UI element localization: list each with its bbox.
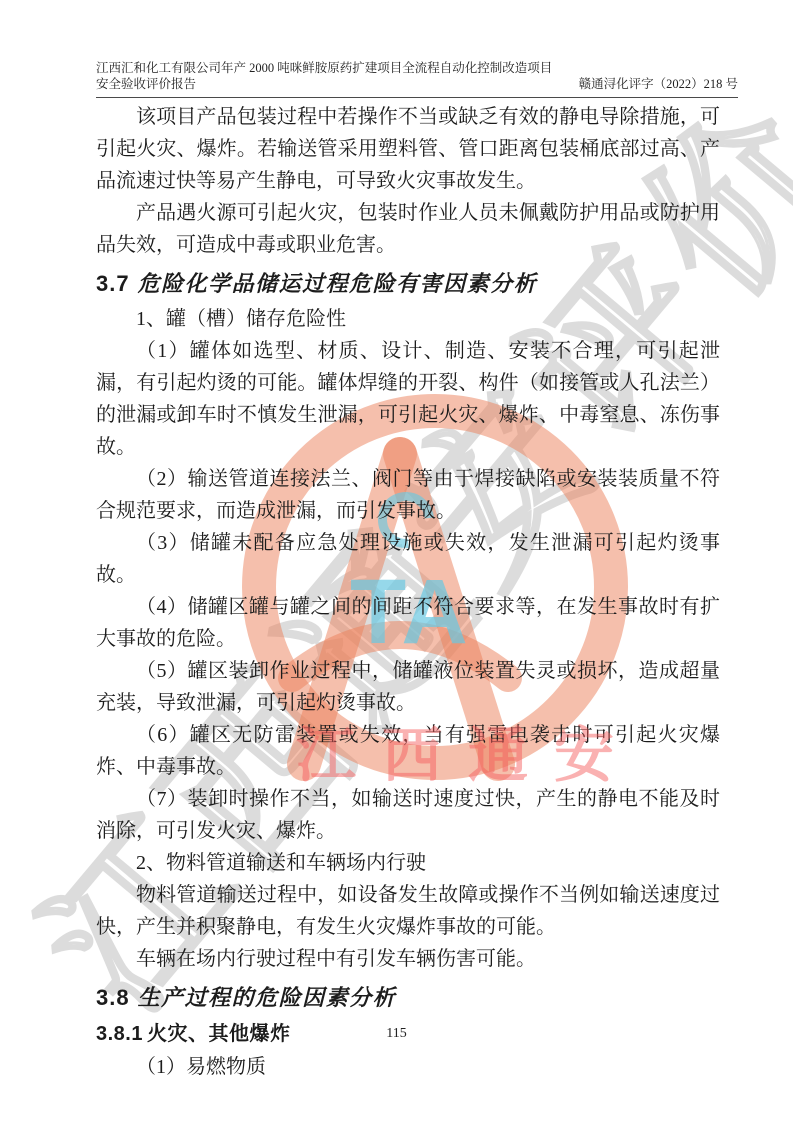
paragraph: （5）罐区装卸作业过程中，储罐液位装置失灵或损坏，造成超量充装，导致泄漏，可引起… bbox=[96, 655, 720, 719]
document-page: 江西通安评价 TA 江西汇和化工有限公司年产 2000 吨咪鲜胺原药扩建项目全流… bbox=[0, 0, 793, 1122]
paragraph: （6）罐区无防雷装置或失效，当有强雷电袭击时可引起火灾爆炸、中毒事故。 bbox=[96, 719, 720, 783]
header-report-title: 江西汇和化工有限公司年产 2000 吨咪鲜胺原药扩建项目全流程自动化控制改造项目… bbox=[96, 60, 565, 93]
paragraph: 1、罐（槽）储存危险性 bbox=[96, 303, 720, 335]
paragraph: （3）储罐未配备应急处理设施或失效，发生泄漏可引起灼烫事故。 bbox=[96, 527, 720, 591]
section-heading-3.8: 3.8生产过程的危险因素分析 bbox=[96, 983, 720, 1013]
paragraph: （7）装卸时操作不当，如输送时速度过快，产生的静电不能及时消除，可引发火灾、爆炸… bbox=[96, 783, 720, 847]
paragraph: 产品遇火源可引起火灾，包装时作业人员未佩戴防护用品或防护用品失效，可造成中毒或职… bbox=[96, 197, 720, 261]
paragraph: 该项目产品包装过程中若操作不当或缺乏有效的静电导除措施，可引起火灾、爆炸。若输送… bbox=[96, 101, 720, 197]
paragraph: 2、物料管道输送和车辆场内行驶 bbox=[96, 847, 720, 879]
heading-text: 危险化学品储运过程危险有害因素分析 bbox=[138, 271, 538, 296]
document-body: 该项目产品包装过程中若操作不当或缺乏有效的静电导除措施，可引起火灾、爆炸。若输送… bbox=[96, 101, 720, 1083]
page-header: 江西汇和化工有限公司年产 2000 吨咪鲜胺原药扩建项目全流程自动化控制改造项目… bbox=[96, 60, 738, 98]
paragraph: （4）储罐区罐与罐之间的间距不符合要求等，在发生事故时有扩大事故的危险。 bbox=[96, 591, 720, 655]
paragraph: （2）输送管道连接法兰、阀门等由于焊接缺陷或安装装质量不符合规范要求，而造成泄漏… bbox=[96, 463, 720, 527]
page-number: 115 bbox=[0, 1026, 793, 1042]
paragraph: 车辆在场内行驶过程中有引发车辆伤害可能。 bbox=[96, 943, 720, 975]
heading-text: 生产过程的危险因素分析 bbox=[138, 985, 397, 1010]
header-doc-number: 赣通浔化评字（2022）218 号 bbox=[579, 76, 738, 92]
paragraph: 物料管道输送过程中，如设备发生故障或操作不当例如输送速度过快，产生并积聚静电，有… bbox=[96, 879, 720, 943]
section-heading-3.7: 3.7危险化学品储运过程危险有害因素分析 bbox=[96, 269, 720, 299]
heading-number: 3.7 bbox=[96, 271, 130, 296]
heading-number: 3.8 bbox=[96, 985, 130, 1010]
paragraph: （1）罐体如选型、材质、设计、制造、安装不合理，可引起泄漏，有引起灼烫的可能。罐… bbox=[96, 335, 720, 463]
paragraph: （1）易燃物质 bbox=[96, 1051, 720, 1083]
